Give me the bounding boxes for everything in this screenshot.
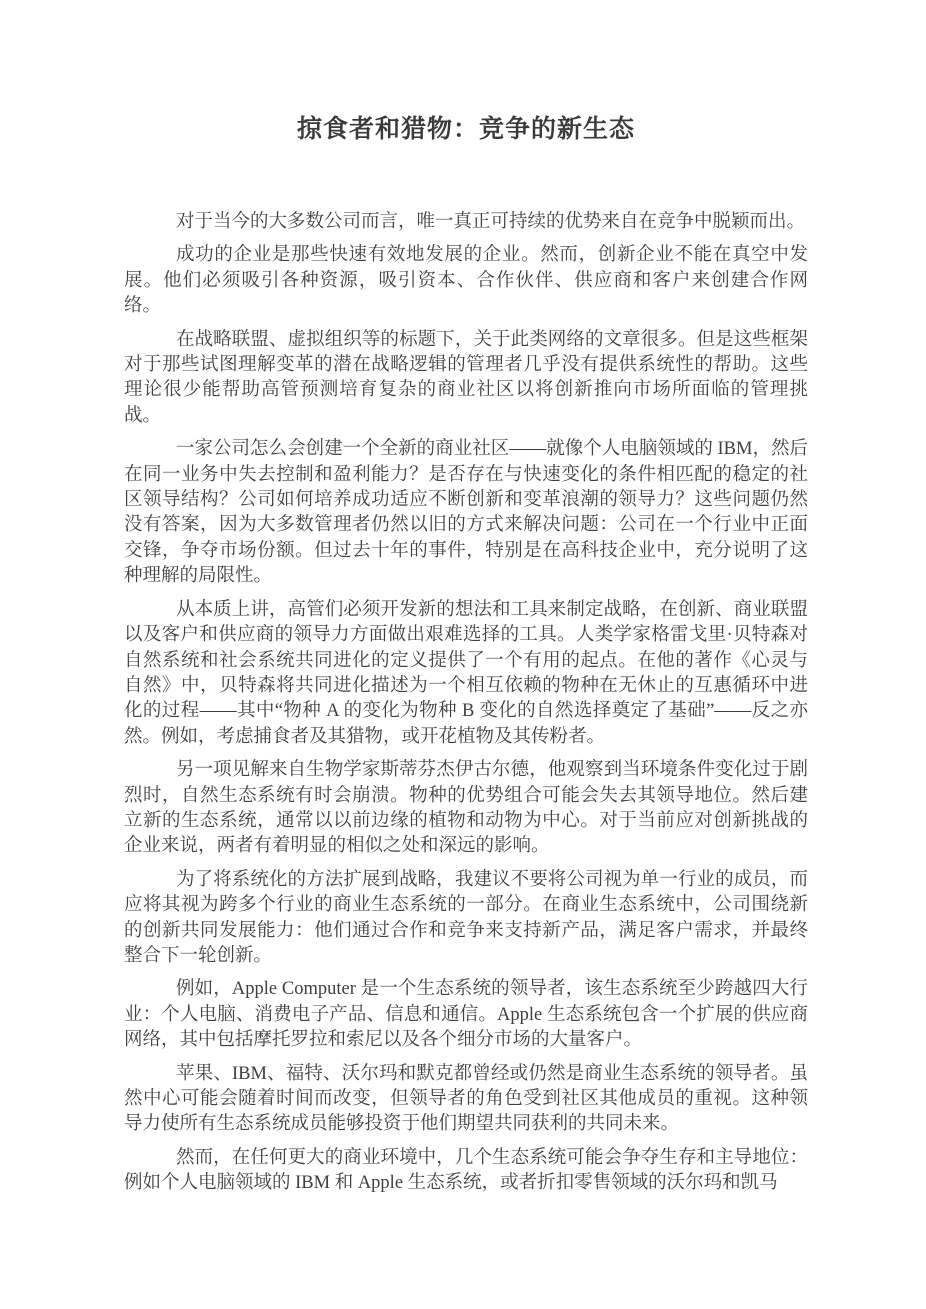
paragraph: 对于当今的大多数公司而言，唯一真正可持续的优势来自在竞争中脱颖而出。 bbox=[124, 210, 808, 235]
document-body: 对于当今的大多数公司而言，唯一真正可持续的优势来自在竞争中脱颖而出。成功的企业是… bbox=[124, 210, 808, 1197]
paragraph: 从本质上讲，高管们必须开发新的想法和工具来制定战略，在创新、商业联盟以及客户和供… bbox=[124, 598, 808, 750]
paragraph: 成功的企业是那些快速有效地发展的企业。然而，创新企业不能在真空中发展。他们必须吸… bbox=[124, 243, 808, 319]
paragraph: 一家公司怎么会创建一个全新的商业社区——就像个人电脑领域的 IBM，然后在同一业… bbox=[124, 437, 808, 589]
document-title: 掠食者和猎物：竞争的新生态 bbox=[124, 114, 808, 146]
paragraph: 另一项见解来自生物学家斯蒂芬杰伊古尔德，他观察到当环境条件变化过于剧烈时，自然生… bbox=[124, 758, 808, 860]
document-page: 掠食者和猎物：竞争的新生态 对于当今的大多数公司而言，唯一真正可持续的优势来自在… bbox=[0, 0, 926, 1309]
paragraph: 在战略联盟、虚拟组织等的标题下，关于此类网络的文章很多。但是这些框架对于那些试图… bbox=[124, 328, 808, 430]
paragraph: 例如，Apple Computer 是一个生态系统的领导者，该生态系统至少跨越四… bbox=[124, 977, 808, 1053]
paragraph: 然而，在任何更大的商业环境中，几个生态系统可能会争夺生存和主导地位：例如个人电脑… bbox=[124, 1146, 808, 1197]
paragraph: 为了将系统化的方法扩展到战略，我建议不要将公司视为单一行业的成员，而应将其视为跨… bbox=[124, 868, 808, 970]
paragraph: 苹果、IBM、福特、沃尔玛和默克都曾经或仍然是商业生态系统的领导者。虽然中心可能… bbox=[124, 1062, 808, 1138]
